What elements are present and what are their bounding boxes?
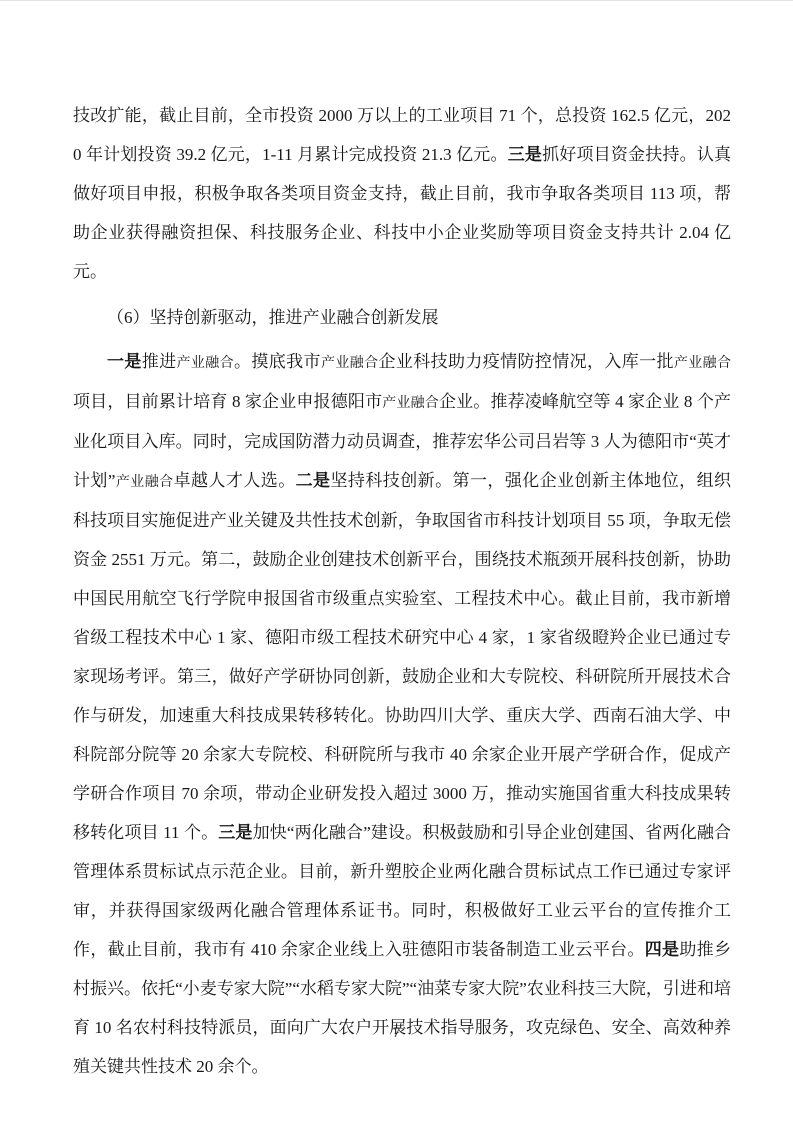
emphasis-run: 二是 [296,471,331,490]
small-text-run: 产业融合 [321,354,379,370]
page-number: 7 [0,1023,793,1043]
emphasis-run: 三是 [218,823,252,842]
text-run: 抓好项目资金扶持。认真做好项目申报，积极争取各类项目资金支持，截止目前，我市争取… [73,145,731,281]
text-run: 企业科技助力疫情防控情况，入库一批 [378,352,673,371]
text-run: （6）坚持创新驱动，推进产业融合创新发展 [107,308,439,327]
text-run: 坚持科技创新。第一，强化企业创新主体地位，组织科技项目实施促进产业关键及共性技术… [73,471,731,842]
text-run: 项目，目前累计培育 8 家企业申报德阳市 [73,392,382,411]
text-run: 。摸底我市 [234,352,321,371]
emphasis-run: 三是 [508,145,542,164]
small-text-run: 产业融合 [115,473,173,489]
body-paragraph: 一是推进产业融合。摸底我市产业融合企业科技助力疫情防控情况，入库一批产业融合项目… [73,342,731,1086]
emphasis-run: 一是 [107,352,142,371]
document-body: 技改扩能，截止目前，全市投资 2000 万以上的工业项目 71 个，总投资 16… [73,96,731,1086]
document-page: 技改扩能，截止目前，全市投资 2000 万以上的工业项目 71 个，总投资 16… [0,0,793,1122]
small-text-run: 产业融合 [382,394,439,410]
text-run: 加快“两化融合”建设。积极鼓励和引导企业创建国、省两化融合管理体系贯标试点示范企… [73,823,731,959]
body-paragraph: 技改扩能，截止目前，全市投资 2000 万以上的工业项目 71 个，总投资 16… [73,96,731,291]
text-run: 卓越人才人选。 [174,471,296,490]
emphasis-run: 四是 [645,940,680,959]
small-text-run: 产业融合 [177,354,235,370]
section-heading: （6）坚持创新驱动，推进产业融合创新发展 [73,298,731,337]
small-text-run: 产业融合 [674,354,731,370]
text-run: 推进 [142,352,177,371]
text-run: 助推乡村振兴。依托“小麦专家大院”“水稻专家大院”“油菜专家大院”农业科技三大院… [73,940,731,1076]
